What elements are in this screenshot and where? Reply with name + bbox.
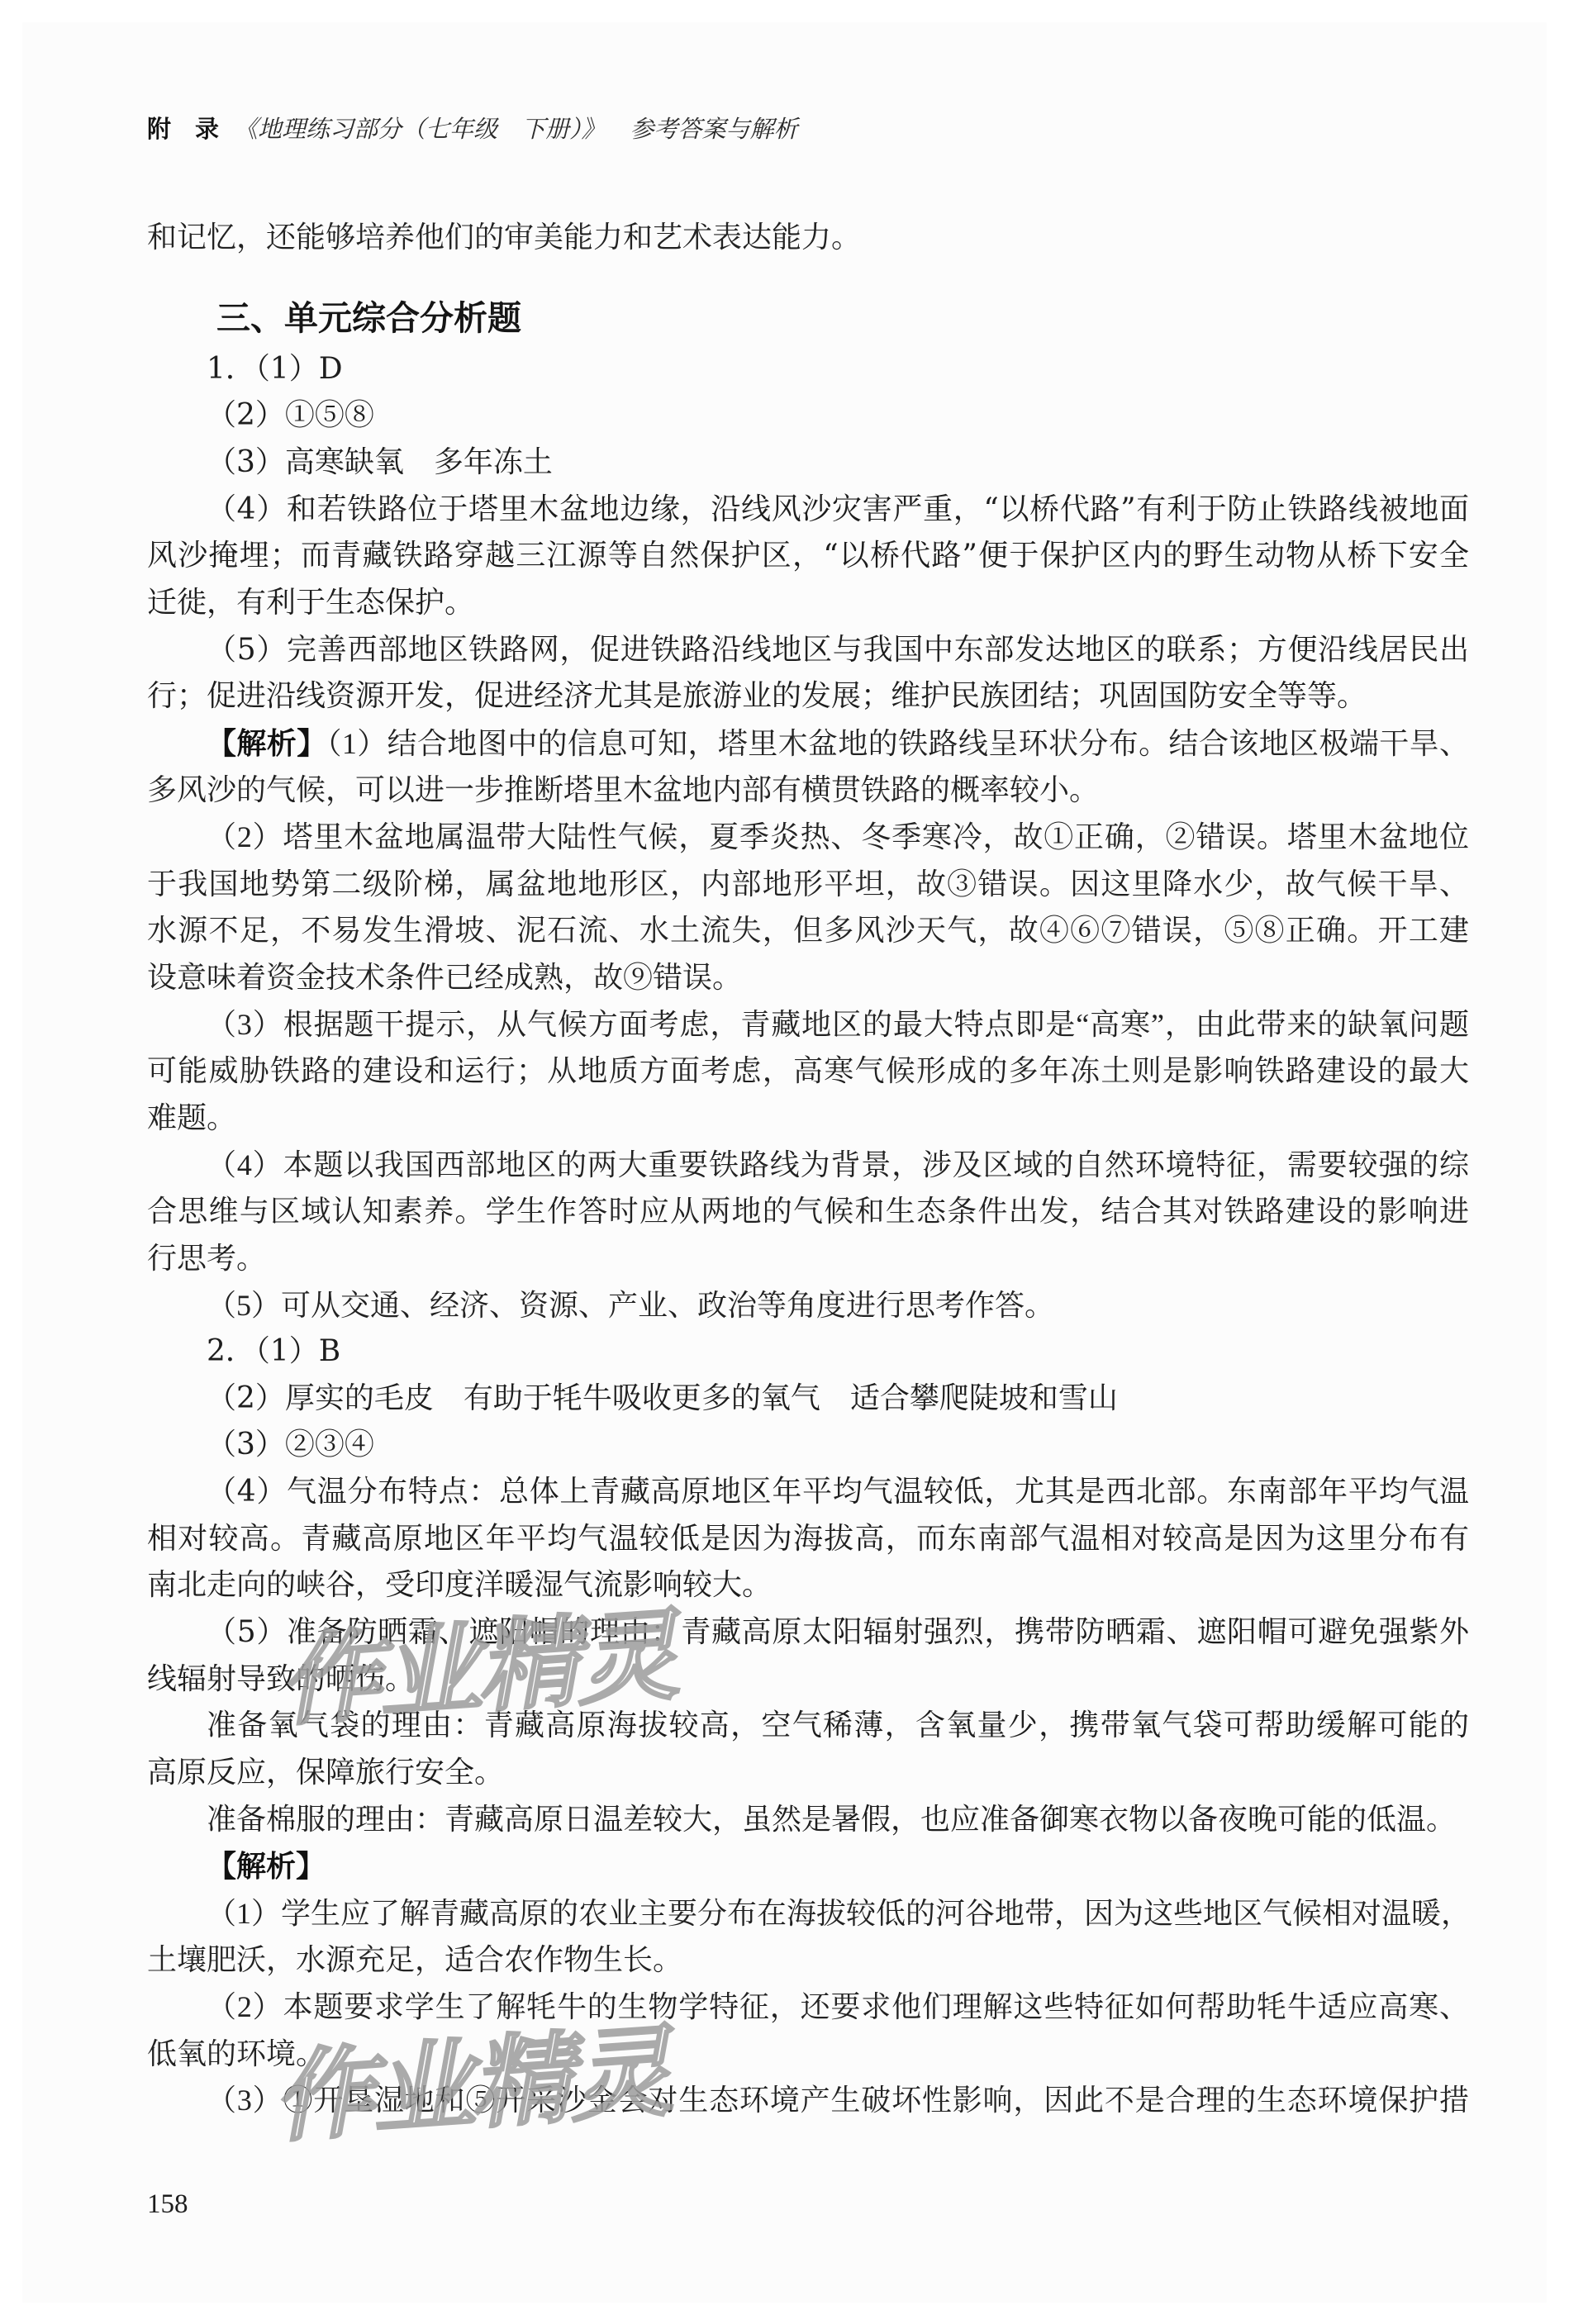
header-subtitle: 参考答案与解析 <box>630 115 798 143</box>
text-line: 行思考。 <box>147 1235 1469 1282</box>
text-line: 线辐射导致的晒伤。 <box>147 1656 1469 1704</box>
text-line: 于我国地势第二级阶梯，属盆地地形区，内部地形平坦，故③错误。因这里降水少，故气候… <box>147 861 1469 908</box>
answer-2-1: 2．（1）B <box>147 1328 1469 1376</box>
page-number: 158 <box>147 2188 188 2221</box>
analysis-1-4: （4）本题以我国西部地区的两大重要铁路线为背景，涉及区域的自然环境特征，需要较强… <box>147 1142 1469 1282</box>
answer-2-2: （2）厚实的毛皮 有助于牦牛吸收更多的氧气 适合攀爬陡坡和雪山 <box>147 1376 1469 1423</box>
answer-2-3: （3）②③④ <box>147 1422 1469 1469</box>
answer-1-4: （4）和若铁路位于塔里木盆地边缘，沿线风沙灾害严重，“以桥代路”有利于防止铁路线… <box>147 487 1469 627</box>
text-line: 和记忆，还能够培养他们的审美能力和艺术表达能力。 <box>147 214 1469 261</box>
appendix-label: 附 录 <box>147 115 219 143</box>
text-line: （5）完善西部地区铁路网，促进铁路沿线地区与我国中东部发达地区的联系；方便沿线居… <box>147 627 1469 674</box>
text-line: 高原反应，保障旅行安全。 <box>147 1750 1469 1797</box>
answer-2-5-sunscreen: （5）准备防晒霜、遮阳帽的理由：青藏高原太阳辐射强烈，携带防晒霜、遮阳帽可避免强… <box>147 1609 1469 1703</box>
analysis-2-2: （2）本题要求学生了解牦牛的生物学特征，还要求他们理解这些特征如何帮助牦牛适应高… <box>147 1984 1469 2077</box>
question-2-analysis: 【解析】 （1）学生应了解青藏高原的农业主要分布在海拔较低的河谷地带，因为这些地… <box>147 1843 1469 2124</box>
analysis-1-3: （3）根据题干提示，从气候方面考虑，青藏地区的最大特点即是“高寒”，由此带来的缺… <box>147 1001 1469 1142</box>
text-line: （4）气温分布特点：总体上青藏高原地区年平均气温较低，尤其是西北部。东南部年平均… <box>147 1469 1469 1516</box>
text-line: 土壤肥沃，水源充足，适合农作物生长。 <box>147 1937 1469 1984</box>
question-1-analysis: 【解析】（1）结合地图中的信息可知，塔里木盆地的铁路线呈环状分布。结合该地区极端… <box>147 720 1469 1328</box>
analysis-text: （1）结合地图中的信息可知，塔里木盆地的铁路线呈环状分布。结合该地区极端干旱、 <box>327 727 1469 760</box>
analysis-1-1: 【解析】（1）结合地图中的信息可知，塔里木盆地的铁路线呈环状分布。结合该地区极端… <box>147 720 1469 814</box>
answer-1-3: （3）高寒缺氧 多年冻土 <box>147 440 1469 487</box>
text-line: 低氧的环境。 <box>147 2031 1469 2078</box>
answer-2-4: （4）气温分布特点：总体上青藏高原地区年平均气温较低，尤其是西北部。东南部年平均… <box>147 1469 1469 1609</box>
text-line: （1）学生应了解青藏高原的农业主要分布在海拔较低的河谷地带，因为这些地区气候相对… <box>147 1890 1469 1937</box>
analysis-label: 【解析】 <box>207 727 327 760</box>
text-line: （3）根据题干提示，从气候方面考虑，青藏地区的最大特点即是“高寒”，由此带来的缺… <box>147 1001 1469 1048</box>
text-line: 水源不足，不易发生滑坡、泥石流、水土流失，但多风沙天气，故④⑥⑦错误，⑤⑧正确。… <box>147 907 1469 954</box>
book-title: 《地理练习部分（七年级 下册）》 <box>234 115 606 143</box>
analysis-label-line: 【解析】 <box>147 1843 1469 1890</box>
text-line: 迁徙，有利于生态保护。 <box>147 580 1469 627</box>
question-1-answers: 1．（1）D （2）①⑤⑧ （3）高寒缺氧 多年冻土 （4）和若铁路位于塔里木盆… <box>147 346 1469 720</box>
text-line: 风沙掩埋；而青藏铁路穿越三江源等自然保护区，“以桥代路”便于保护区内的野生动物从… <box>147 533 1469 580</box>
previous-paragraph-tail: 和记忆，还能够培养他们的审美能力和艺术表达能力。 <box>147 214 1469 261</box>
answer-1-5: （5）完善西部地区铁路网，促进铁路沿线地区与我国中东部发达地区的联系；方便沿线居… <box>147 627 1469 720</box>
analysis-2-1: （1）学生应了解青藏高原的农业主要分布在海拔较低的河谷地带，因为这些地区气候相对… <box>147 1890 1469 1984</box>
text-line: 行；促进沿线资源开发，促进经济尤其是旅游业的发展；维护民族团结；巩固国防安全等等… <box>147 673 1469 720</box>
answer-1-2: （2）①⑤⑧ <box>147 392 1469 440</box>
section-heading: 三、单元综合分析题 <box>216 296 521 340</box>
text-line: 设意味着资金技术条件已经成熟，故⑨错误。 <box>147 954 1469 1001</box>
text-line: 多风沙的气候，可以进一步推断塔里木盆地内部有横贯铁路的概率较小。 <box>147 767 1469 814</box>
text-line: 可能威胁铁路的建设和运行；从地质方面考虑，高寒气候形成的多年冻土则是影响铁路建设… <box>147 1048 1469 1095</box>
answer-1-1: 1．（1）D <box>147 346 1469 393</box>
text-line: 南北走向的峡谷，受印度洋暖湿气流影响较大。 <box>147 1562 1469 1609</box>
analysis-label: 【解析】 <box>207 1850 326 1883</box>
answer-2-5-oxygen: 准备氧气袋的理由：青藏高原海拔较高，空气稀薄，含氧量少，携带氧气袋可帮助缓解可能… <box>147 1703 1469 1796</box>
text-line: 难题。 <box>147 1095 1469 1142</box>
answer-body: 1．（1）D （2）①⑤⑧ （3）高寒缺氧 多年冻土 （4）和若铁路位于塔里木盆… <box>147 346 1469 2124</box>
analysis-1-5: （5）可从交通、经济、资源、产业、政治等角度进行思考作答。 <box>147 1282 1469 1329</box>
text-line: （5）准备防晒霜、遮阳帽的理由：青藏高原太阳辐射强烈，携带防晒霜、遮阳帽可避免强… <box>147 1609 1469 1656</box>
text-line: 【解析】（1）结合地图中的信息可知，塔里木盆地的铁路线呈环状分布。结合该地区极端… <box>147 720 1469 768</box>
answer-2-5-clothing: 准备棉服的理由：青藏高原日温差较大，虽然是暑假，也应准备御寒衣物以备夜晚可能的低… <box>147 1797 1469 1844</box>
analysis-2-3: （3）①开垦湿地和⑤开采沙金会对生态环境产生破坏性影响，因此不是合理的生态环境保… <box>147 2077 1469 2124</box>
text-line: （4）本题以我国西部地区的两大重要铁路线为背景，涉及区域的自然环境特征，需要较强… <box>147 1142 1469 1189</box>
text-line: 准备氧气袋的理由：青藏高原海拔较高，空气稀薄，含氧量少，携带氧气袋可帮助缓解可能… <box>147 1703 1469 1750</box>
running-header: 附 录《地理练习部分（七年级 下册）》参考答案与解析 <box>147 112 798 145</box>
text-line: 合思维与区域认知素养。学生作答时应从两地的气候和生态条件出发，结合其对铁路建设的… <box>147 1188 1469 1235</box>
text-line: （2）本题要求学生了解牦牛的生物学特征，还要求他们理解这些特征如何帮助牦牛适应高… <box>147 1984 1469 2031</box>
text-line: （4）和若铁路位于塔里木盆地边缘，沿线风沙灾害严重，“以桥代路”有利于防止铁路线… <box>147 487 1469 534</box>
text-line: （2）塔里木盆地属温带大陆性气候，夏季炎热、冬季寒冷，故①正确，②错误。塔里木盆… <box>147 814 1469 861</box>
question-2-answers: 2．（1）B （2）厚实的毛皮 有助于牦牛吸收更多的氧气 适合攀爬陡坡和雪山 （… <box>147 1328 1469 1843</box>
analysis-1-2: （2）塔里木盆地属温带大陆性气候，夏季炎热、冬季寒冷，故①正确，②错误。塔里木盆… <box>147 814 1469 1001</box>
text-line: 相对较高。青藏高原地区年平均气温较低是因为海拔高，而东南部气温相对较高是因为这里… <box>147 1516 1469 1563</box>
